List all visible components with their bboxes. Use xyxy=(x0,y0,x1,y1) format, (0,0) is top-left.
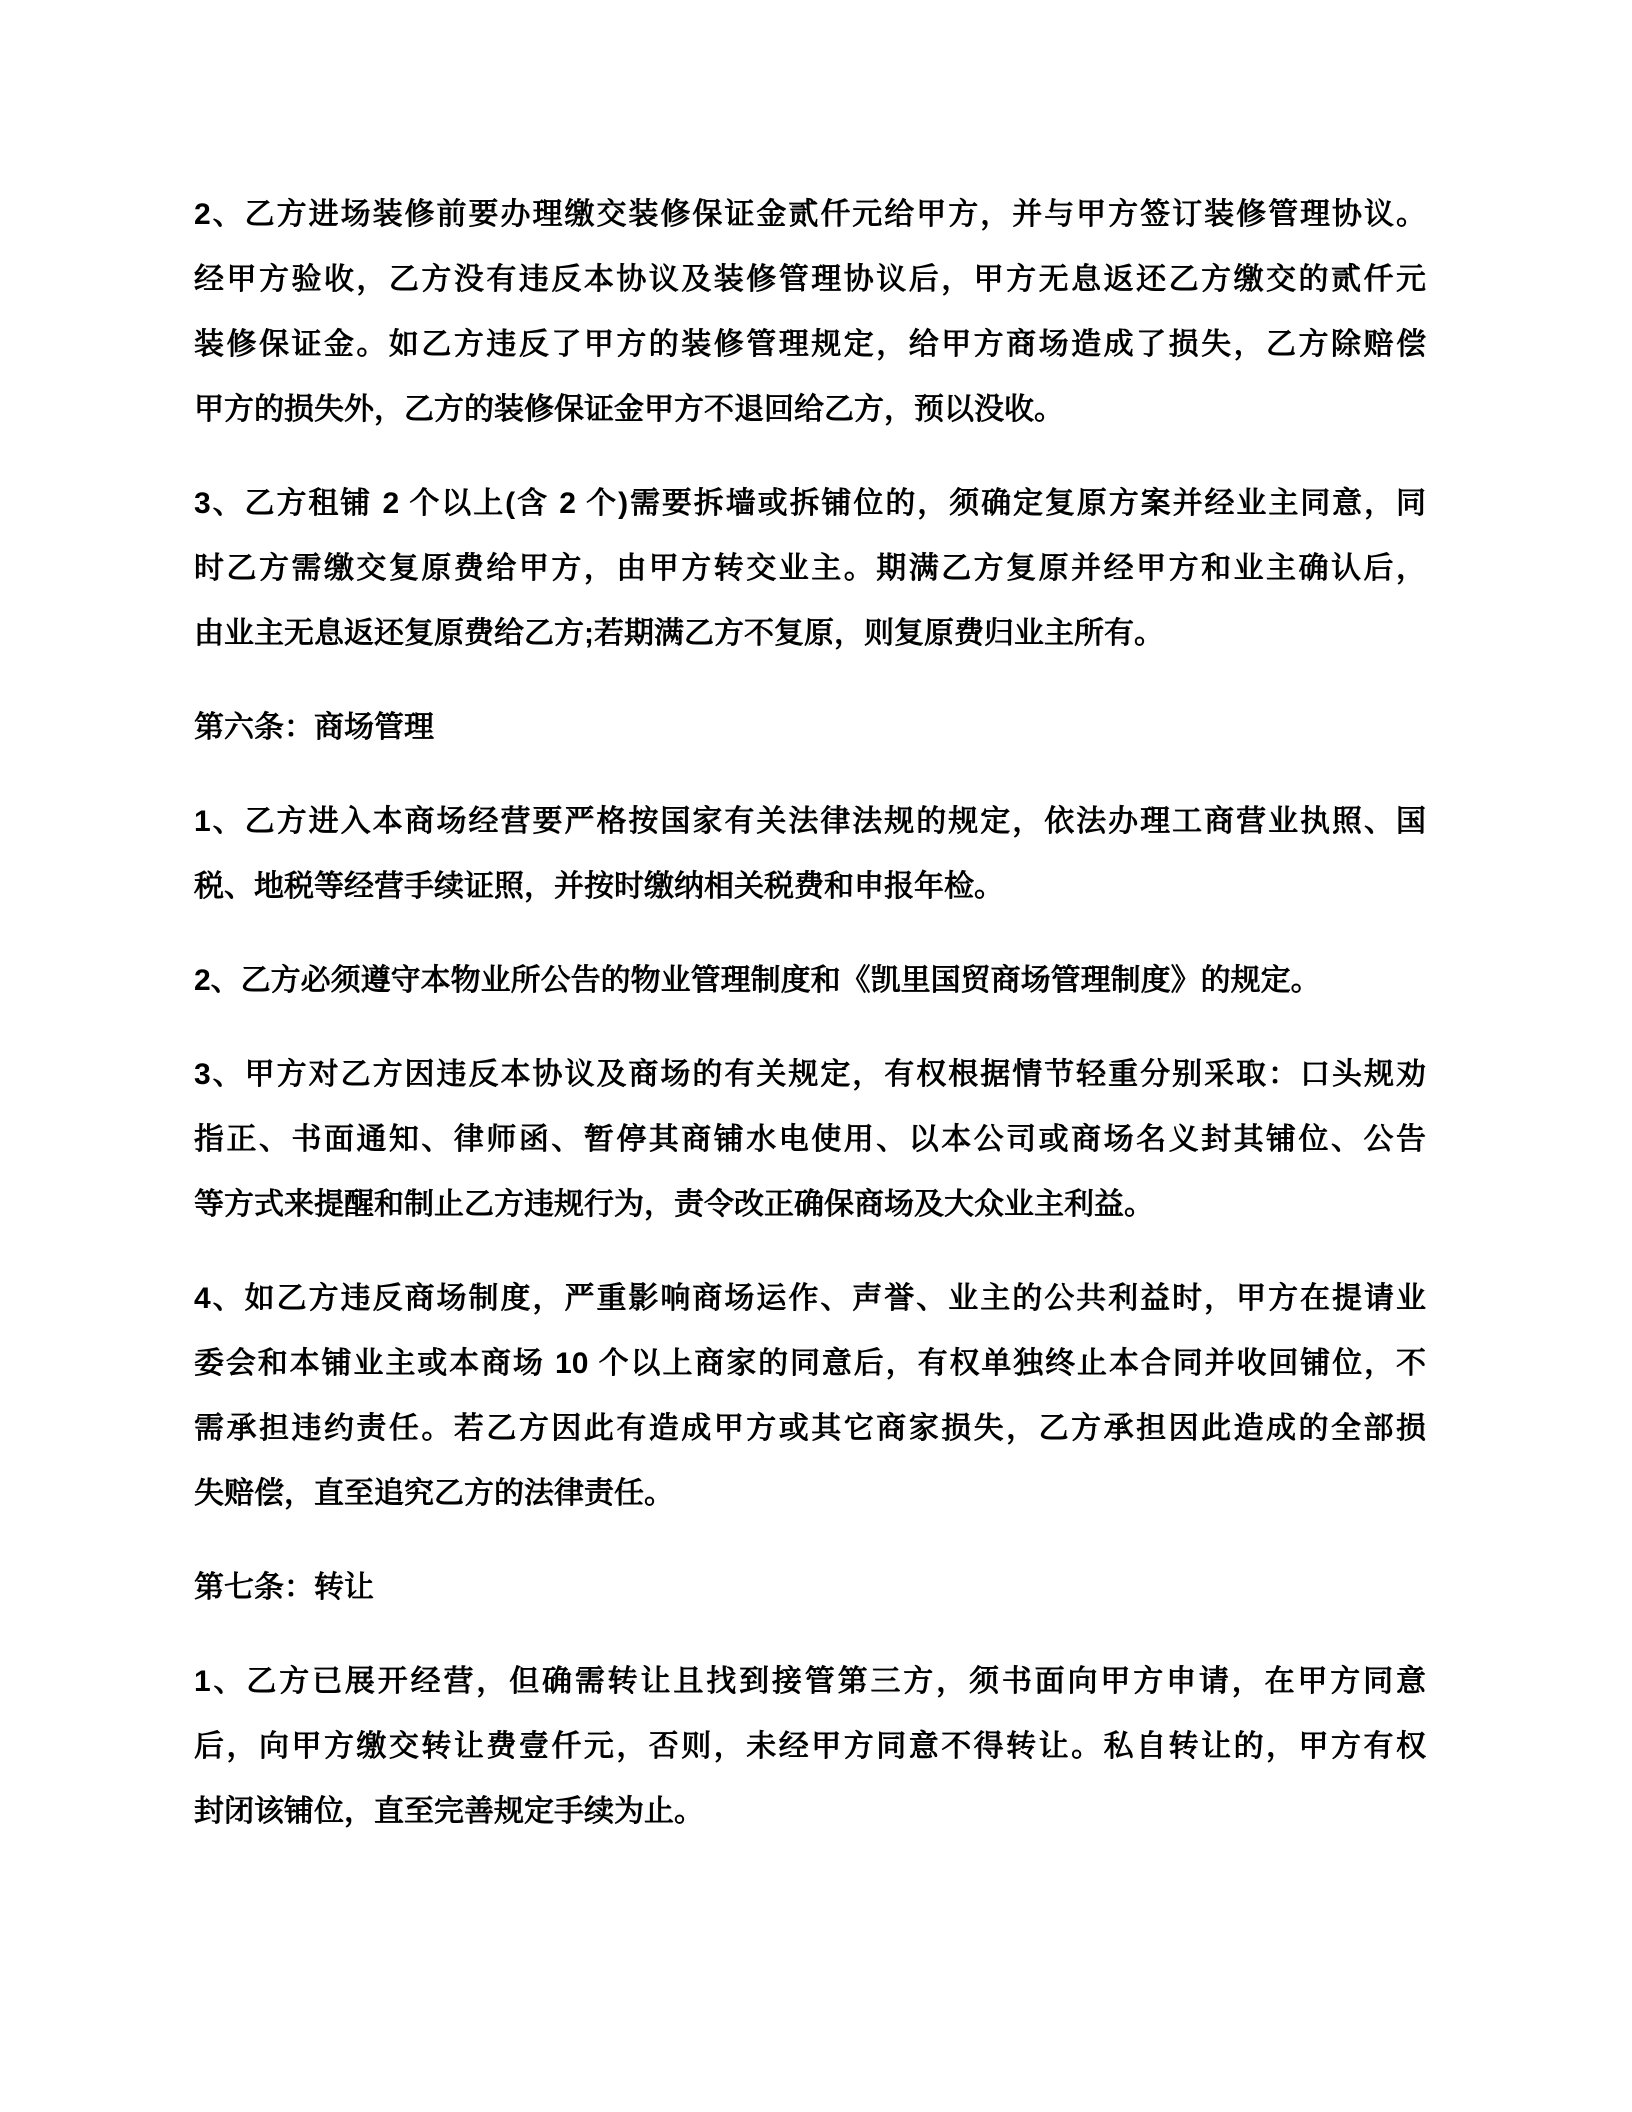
document-content: 2、乙方进场装修前要办理缴交装修保证金贰仟元给甲方，并与甲方签订装修管理协议。经… xyxy=(194,182,1426,1873)
section-heading: 第六条：商场管理 xyxy=(194,695,1426,760)
text-line: 时乙方需缴交复原费给甲方，由甲方转交业主。期满乙方复原并经甲方和业主确认后， xyxy=(194,536,1426,601)
document-page: 2、乙方进场装修前要办理缴交装修保证金贰仟元给甲方，并与甲方签订装修管理协议。经… xyxy=(0,0,1632,2112)
text-line: 等方式来提醒和制止乙方违规行为，责令改正确保商场及大众业主利益。 xyxy=(194,1172,1426,1237)
contract-paragraph: 2、乙方必须遵守本物业所公告的物业管理制度和《凯里国贸商场管理制度》的规定。 xyxy=(194,948,1426,1013)
contract-paragraph: 4、如乙方违反商场制度，严重影响商场运作、声誉、业主的公共利益时，甲方在提请业委… xyxy=(194,1266,1426,1526)
text-line: 需承担违约责任。若乙方因此有造成甲方或其它商家损失，乙方承担因此造成的全部损 xyxy=(194,1396,1426,1461)
text-line: 委会和本铺业主或本商场 10 个以上商家的同意后，有权单独终止本合同并收回铺位，… xyxy=(194,1331,1426,1396)
text-line: 2、乙方进场装修前要办理缴交装修保证金贰仟元给甲方，并与甲方签订装修管理协议。 xyxy=(194,182,1426,247)
section-heading: 第七条：转让 xyxy=(194,1555,1426,1620)
text-line: 封闭该铺位，直至完善规定手续为止。 xyxy=(194,1779,1426,1844)
text-line: 1、乙方进入本商场经营要严格按国家有关法律法规的规定，依法办理工商营业执照、国 xyxy=(194,789,1426,854)
text-line: 3、甲方对乙方因违反本协议及商场的有关规定，有权根据情节轻重分别采取：口头规劝 xyxy=(194,1042,1426,1107)
heading-line: 第六条：商场管理 xyxy=(194,695,1426,760)
text-line: 指正、书面通知、律师函、暂停其商铺水电使用、以本公司或商场名义封其铺位、公告 xyxy=(194,1107,1426,1172)
text-line: 4、如乙方违反商场制度，严重影响商场运作、声誉、业主的公共利益时，甲方在提请业 xyxy=(194,1266,1426,1331)
text-line: 2、乙方必须遵守本物业所公告的物业管理制度和《凯里国贸商场管理制度》的规定。 xyxy=(194,948,1426,1013)
contract-paragraph: 1、乙方进入本商场经营要严格按国家有关法律法规的规定，依法办理工商营业执照、国税… xyxy=(194,789,1426,919)
contract-paragraph: 2、乙方进场装修前要办理缴交装修保证金贰仟元给甲方，并与甲方签订装修管理协议。经… xyxy=(194,182,1426,442)
text-line: 1、乙方已展开经营，但确需转让且找到接管第三方，须书面向甲方申请，在甲方同意 xyxy=(194,1649,1426,1714)
text-line: 由业主无息返还复原费给乙方;若期满乙方不复原，则复原费归业主所有。 xyxy=(194,601,1426,666)
contract-paragraph: 1、乙方已展开经营，但确需转让且找到接管第三方，须书面向甲方申请，在甲方同意后，… xyxy=(194,1649,1426,1844)
text-line: 装修保证金。如乙方违反了甲方的装修管理规定，给甲方商场造成了损失，乙方除赔偿 xyxy=(194,312,1426,377)
text-line: 甲方的损失外，乙方的装修保证金甲方不退回给乙方，预以没收。 xyxy=(194,377,1426,442)
text-line: 3、乙方租铺 2 个以上(含 2 个)需要拆墙或拆铺位的，须确定复原方案并经业主… xyxy=(194,471,1426,536)
text-line: 失赔偿，直至追究乙方的法律责任。 xyxy=(194,1461,1426,1526)
heading-line: 第七条：转让 xyxy=(194,1555,1426,1620)
contract-paragraph: 3、甲方对乙方因违反本协议及商场的有关规定，有权根据情节轻重分别采取：口头规劝指… xyxy=(194,1042,1426,1237)
text-line: 税、地税等经营手续证照，并按时缴纳相关税费和申报年检。 xyxy=(194,854,1426,919)
text-line: 经甲方验收，乙方没有违反本协议及装修管理协议后，甲方无息返还乙方缴交的贰仟元 xyxy=(194,247,1426,312)
contract-paragraph: 3、乙方租铺 2 个以上(含 2 个)需要拆墙或拆铺位的，须确定复原方案并经业主… xyxy=(194,471,1426,666)
text-line: 后，向甲方缴交转让费壹仟元，否则，未经甲方同意不得转让。私自转让的，甲方有权 xyxy=(194,1714,1426,1779)
